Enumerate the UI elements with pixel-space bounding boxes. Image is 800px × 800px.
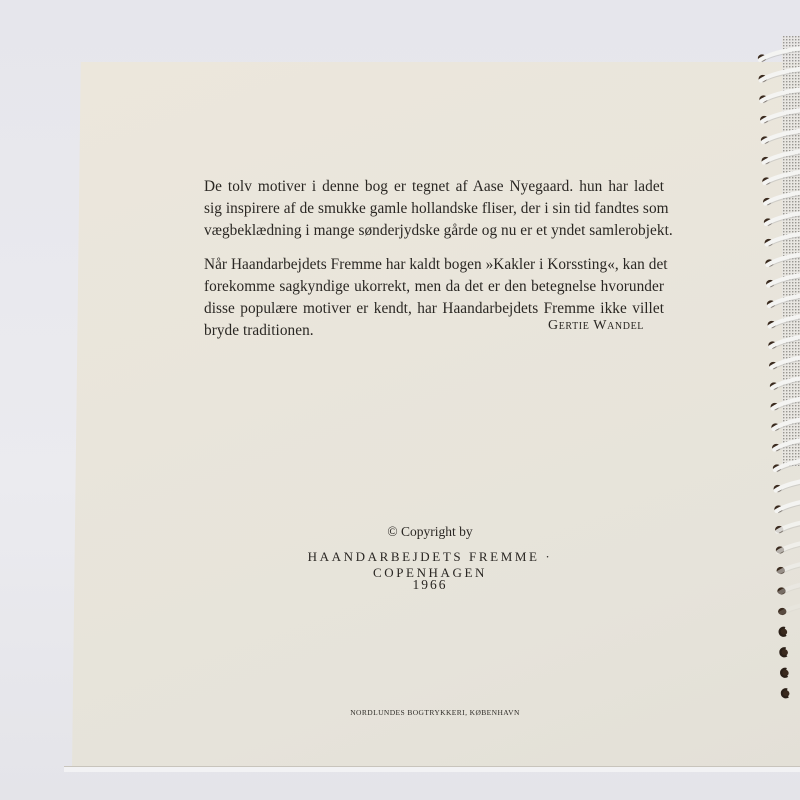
intro-paragraph: De tolv motiver i denne bog er tegnet af…	[204, 176, 664, 242]
text-line: forekomme sagkyndige ukorrekt, men da de…	[204, 276, 664, 298]
text-line: De tolv motiver i denne bog er tegnet af…	[204, 176, 664, 198]
text-line: disse populære motiver er kendt, har Haa…	[204, 298, 664, 320]
booklet-page	[72, 62, 800, 768]
text-line: vægbeklædning i mange sønderjydske gårde…	[204, 220, 664, 242]
text-line: Når Haandarbejdets Fremme har kaldt boge…	[204, 254, 664, 276]
page-bottom-edge	[64, 766, 800, 772]
author-signature: Gertie Wandel	[420, 318, 644, 334]
printer-credit: NORDLUNDES BOGTRYKKERI, KØBENHAVN	[320, 708, 550, 717]
text-line: sig inspirere af de smukke gamle holland…	[204, 198, 664, 220]
copyright-notice: © Copyright by	[250, 524, 610, 540]
publication-year: 1966	[250, 577, 610, 593]
